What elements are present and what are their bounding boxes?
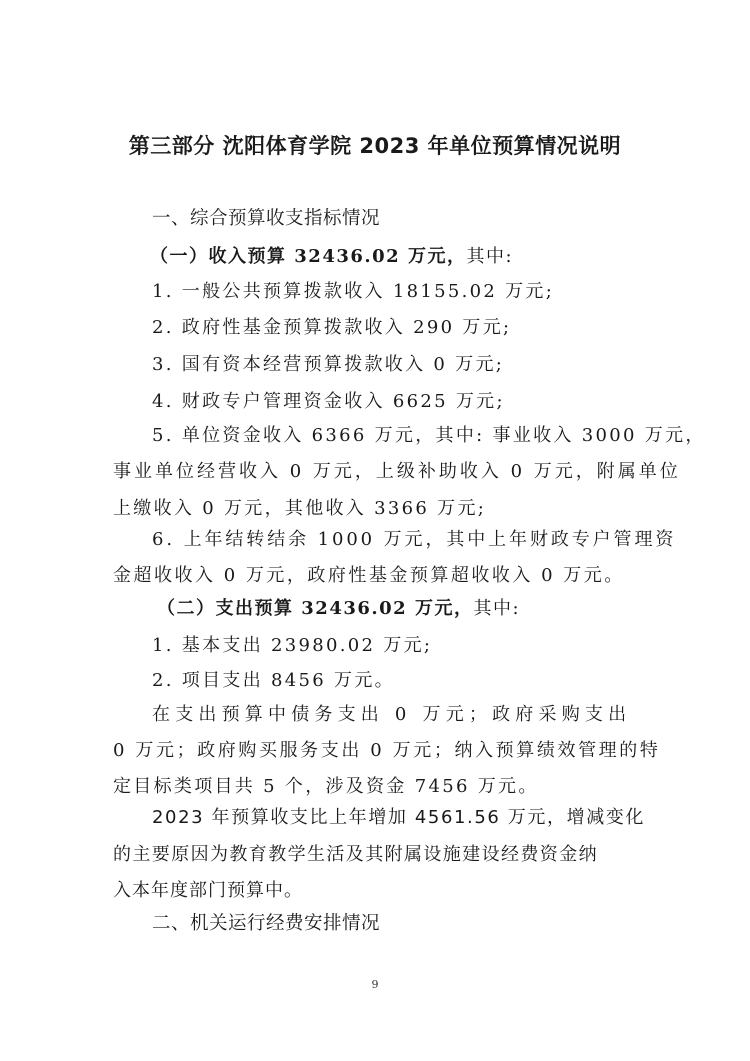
income-item-1: 1. 一般公共预算拨款收入 18155.02 万元; — [152, 280, 682, 304]
section-heading-1: 一、综合预算收支指标情况 — [152, 207, 682, 231]
income-item-3: 3. 国有资本经营预算拨款收入 0 万元; — [152, 353, 682, 377]
page-title: 第三部分 沈阳体育学院 2023 年单位预算情况说明 — [0, 130, 750, 160]
section-heading-2: 二、机关运行经费安排情况 — [152, 912, 682, 936]
income-item-5-line-1: 5. 单位资金收入 6366 万元，其中: 事业收入 3000 万元， — [152, 424, 682, 448]
income-budget-heading: （一）收入预算 32436.02 万元，其中: — [150, 245, 680, 269]
expenditure-budget-heading: （二）支出预算 32436.02 万元，其中: — [157, 597, 687, 621]
budget-change-line-1: 2023 年预算收支比上年增加 4561.56 万元，增减变化 — [152, 806, 682, 830]
income-budget-suffix: 其中: — [466, 246, 513, 267]
expenditure-note-line-3: 定目标类项目共 5 个，涉及资金 7456 万元。 — [113, 775, 643, 799]
income-item-4: 4. 财政专户管理资金收入 6625 万元; — [152, 390, 682, 414]
income-budget-total: （一）收入预算 32436.02 万元， — [150, 246, 466, 267]
expenditure-budget-total: （二）支出预算 32436.02 万元， — [157, 598, 473, 619]
expenditure-budget-suffix: 其中: — [473, 598, 520, 619]
expenditure-item-1: 1. 基本支出 23980.02 万元; — [152, 634, 682, 658]
income-item-6-line-1: 6. 上年结转结余 1000 万元，其中上年财政专户管理资 — [152, 528, 682, 552]
budget-change-line-2: 的主要原因为教育教学生活及其附属设施建设经费资金纳 — [113, 843, 643, 867]
expenditure-note-line-1: 在支出预算中债务支出 0 万元；政府采购支出 — [152, 703, 682, 727]
expenditure-note-line-2: 0 万元；政府购买服务支出 0 万元；纳入预算绩效管理的特 — [113, 739, 643, 763]
income-item-5-line-3: 上缴收入 0 万元，其他收入 3366 万元; — [113, 497, 643, 521]
expenditure-item-2: 2. 项目支出 8456 万元。 — [152, 669, 682, 693]
page-number: 9 — [0, 978, 750, 991]
budget-change-line-3: 入本年度部门预算中。 — [113, 879, 643, 903]
income-item-5-line-2: 事业单位经营收入 0 万元，上级补助收入 0 万元，附属单位 — [113, 460, 643, 484]
income-item-6-line-2: 金超收收入 0 万元，政府性基金预算超收收入 0 万元。 — [113, 564, 643, 588]
income-item-2: 2. 政府性基金预算拨款收入 290 万元; — [152, 316, 682, 340]
